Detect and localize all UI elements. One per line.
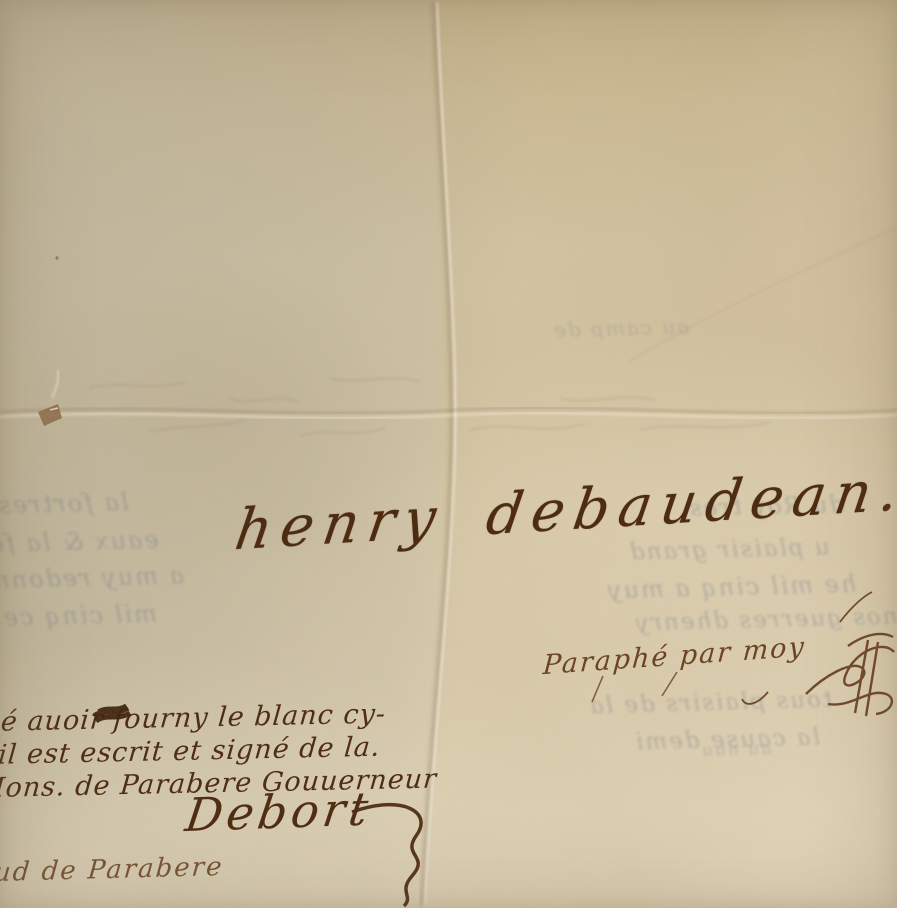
bleedthrough-line: au camp de (552, 314, 690, 342)
bleedthrough-line: a muy redonne (0, 561, 184, 594)
ink-speck (55, 256, 58, 259)
horizontal-fold-shadow (0, 408, 897, 413)
horizontal-fold-highlight (0, 413, 897, 418)
wrinkle-strokes (90, 228, 897, 436)
clerk-signature: Debort (182, 781, 375, 842)
bleedthrough-line: nos guerres dhenry (634, 604, 897, 637)
parchment-flaw (38, 404, 62, 426)
bleedthrough-line: tous plaisirs de la (588, 687, 833, 719)
docket-line: ud de Parabere (0, 852, 225, 888)
manuscript-photo: au camp de la fortresse eaux & la fon a … (0, 0, 897, 908)
bleedthrough-line: mil cinq cens (0, 600, 157, 633)
bleedthrough-line: eaux & la fon (0, 526, 159, 559)
bleedthrough-line: he mil cinq a muy (606, 570, 857, 605)
flaw-crease (52, 370, 59, 398)
bleedthrough-line: au nuu (700, 739, 772, 761)
bleedthrough-line: la fortresse (0, 488, 129, 520)
parchment-flaw-highlight (50, 408, 58, 410)
paraphe-note: Paraphé par moy (542, 632, 807, 682)
bleedthrough-line: u plaisir grand (628, 534, 830, 565)
